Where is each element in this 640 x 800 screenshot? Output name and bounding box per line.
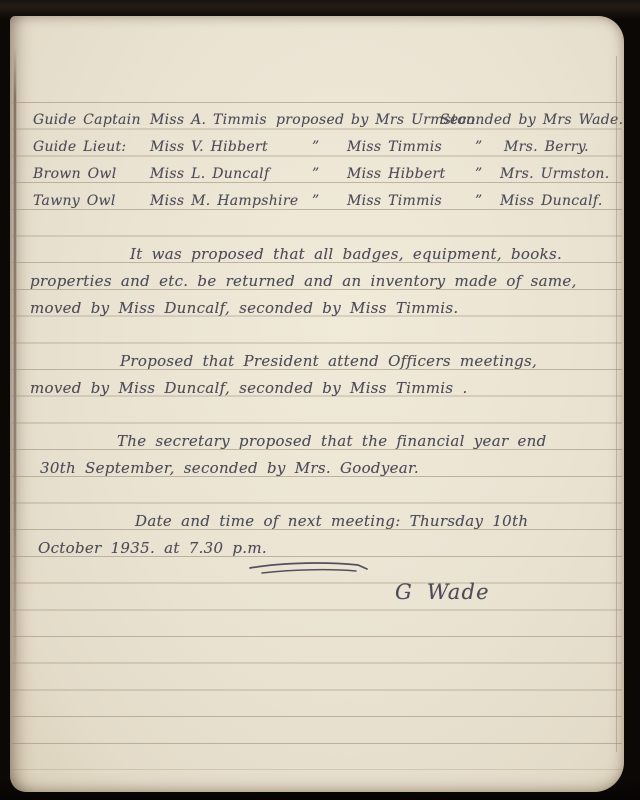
- officer-name: Miss A. Timmis: [150, 107, 267, 134]
- minutes-line: properties and etc. be returned and an i…: [30, 268, 577, 295]
- officer-seconded-by: Seconded by Mrs Wade.: [440, 107, 623, 134]
- minutes-line: The secretary proposed that the financia…: [117, 428, 547, 455]
- officer-seconded-by: Mrs. Berry.: [504, 134, 589, 161]
- minutes-line: October 1935. at 7.30 p.m.: [38, 535, 267, 562]
- officer-proposed-by: Miss Timmis: [347, 134, 442, 161]
- officer-row-guide-lieut: Guide Lieut: Miss V. Hibbert ” Miss Timm…: [10, 134, 624, 161]
- ditto-mark: ”: [312, 161, 319, 188]
- officer-role: Guide Lieut:: [33, 134, 126, 161]
- officer-name: Miss L. Duncalf: [150, 161, 269, 188]
- officer-row-tawny-owl: Tawny Owl Miss M. Hampshire ” Miss Timmi…: [10, 188, 624, 215]
- signature: G Wade: [395, 579, 490, 606]
- officer-proposed-by: Miss Timmis: [347, 188, 442, 215]
- officer-seconded-by: Mrs. Urmston.: [500, 161, 610, 188]
- ditto-mark: ”: [475, 188, 482, 215]
- officer-row-guide-captain: Guide Captain Miss A. Timmis proposed by…: [10, 107, 624, 134]
- minutes-line: Date and time of next meeting: Thursday …: [135, 508, 528, 535]
- officer-role: Guide Captain: [33, 107, 141, 134]
- minutes-line: moved by Miss Duncalf, seconded by Miss …: [30, 375, 468, 402]
- officer-role: Brown Owl: [33, 161, 117, 188]
- ditto-mark: ”: [312, 188, 319, 215]
- officer-row-brown-owl: Brown Owl Miss L. Duncalf ” Miss Hibbert…: [10, 161, 624, 188]
- officer-proposed-by: Miss Hibbert: [347, 161, 445, 188]
- officer-seconded-by: Miss Duncalf.: [500, 188, 603, 215]
- ditto-mark: ”: [475, 161, 482, 188]
- minutes-line: It was proposed that all badges, equipme…: [130, 241, 562, 268]
- minute-book-photo: Guide Captain Miss A. Timmis proposed by…: [0, 0, 640, 800]
- officer-name: Miss M. Hampshire: [150, 188, 298, 215]
- officer-name: Miss V. Hibbert: [150, 134, 268, 161]
- officer-role: Tawny Owl: [33, 188, 116, 215]
- ditto-mark: ”: [475, 134, 482, 161]
- notebook-page: Guide Captain Miss A. Timmis proposed by…: [10, 16, 624, 792]
- flourish-underline: [246, 560, 370, 578]
- minutes-line: Proposed that President attend Officers …: [120, 348, 537, 375]
- ditto-mark: ”: [312, 134, 319, 161]
- minutes-line: moved by Miss Duncalf, seconded by Miss …: [30, 295, 458, 322]
- minutes-line: 30th September, seconded by Mrs. Goodyea…: [40, 455, 419, 482]
